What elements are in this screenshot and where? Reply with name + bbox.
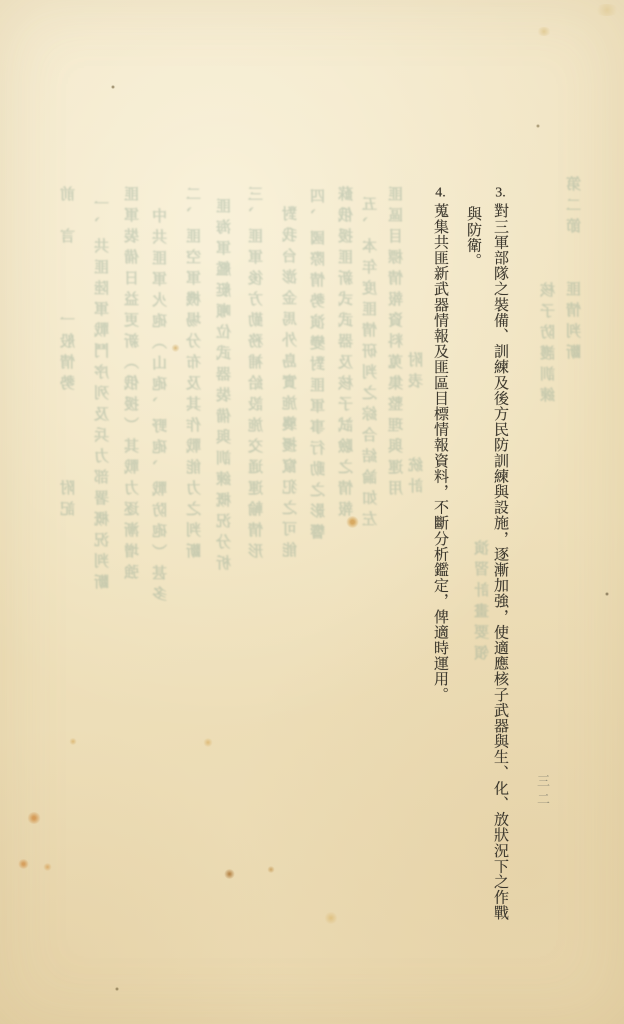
- page-number: 三二: [533, 774, 552, 810]
- document-page: 前 言 一般情勢 附記 一、共匪陸軍戰鬥序列及兵力部署概況判斷 匪軍裝備日益更新…: [0, 0, 624, 1024]
- item-3-text-line-1: 對三軍部隊之裝備、訓練及後方民防訓練與設施，逐漸加強，使適應核子武器與生、化、放…: [492, 203, 508, 921]
- item-3-number: 3.: [493, 186, 508, 200]
- item-3-text-line-2: 與防衛。: [465, 206, 481, 268]
- item-4-column-1: 4.蒐集共匪新武器情報及匪區目標情報資料，不斷分析鑑定，俾適時運用。: [431, 186, 450, 731]
- item-3-column-1: 3.對三軍部隊之裝備、訓練及後方民防訓練與設施，逐漸加強，使適應核子武器與生、化…: [491, 186, 510, 946]
- item-4-text: 蒐集共匪新武器情報及匪區目標情報資料，不斷分析鑑定，俾適時運用。: [432, 203, 448, 702]
- item-3-column-2: 與防衛。: [463, 206, 482, 302]
- item-4-number: 4.: [433, 186, 448, 200]
- page-content: 3.對三軍部隊之裝備、訓練及後方民防訓練與設施，逐漸加強，使適應核子武器與生、化…: [0, 0, 624, 1024]
